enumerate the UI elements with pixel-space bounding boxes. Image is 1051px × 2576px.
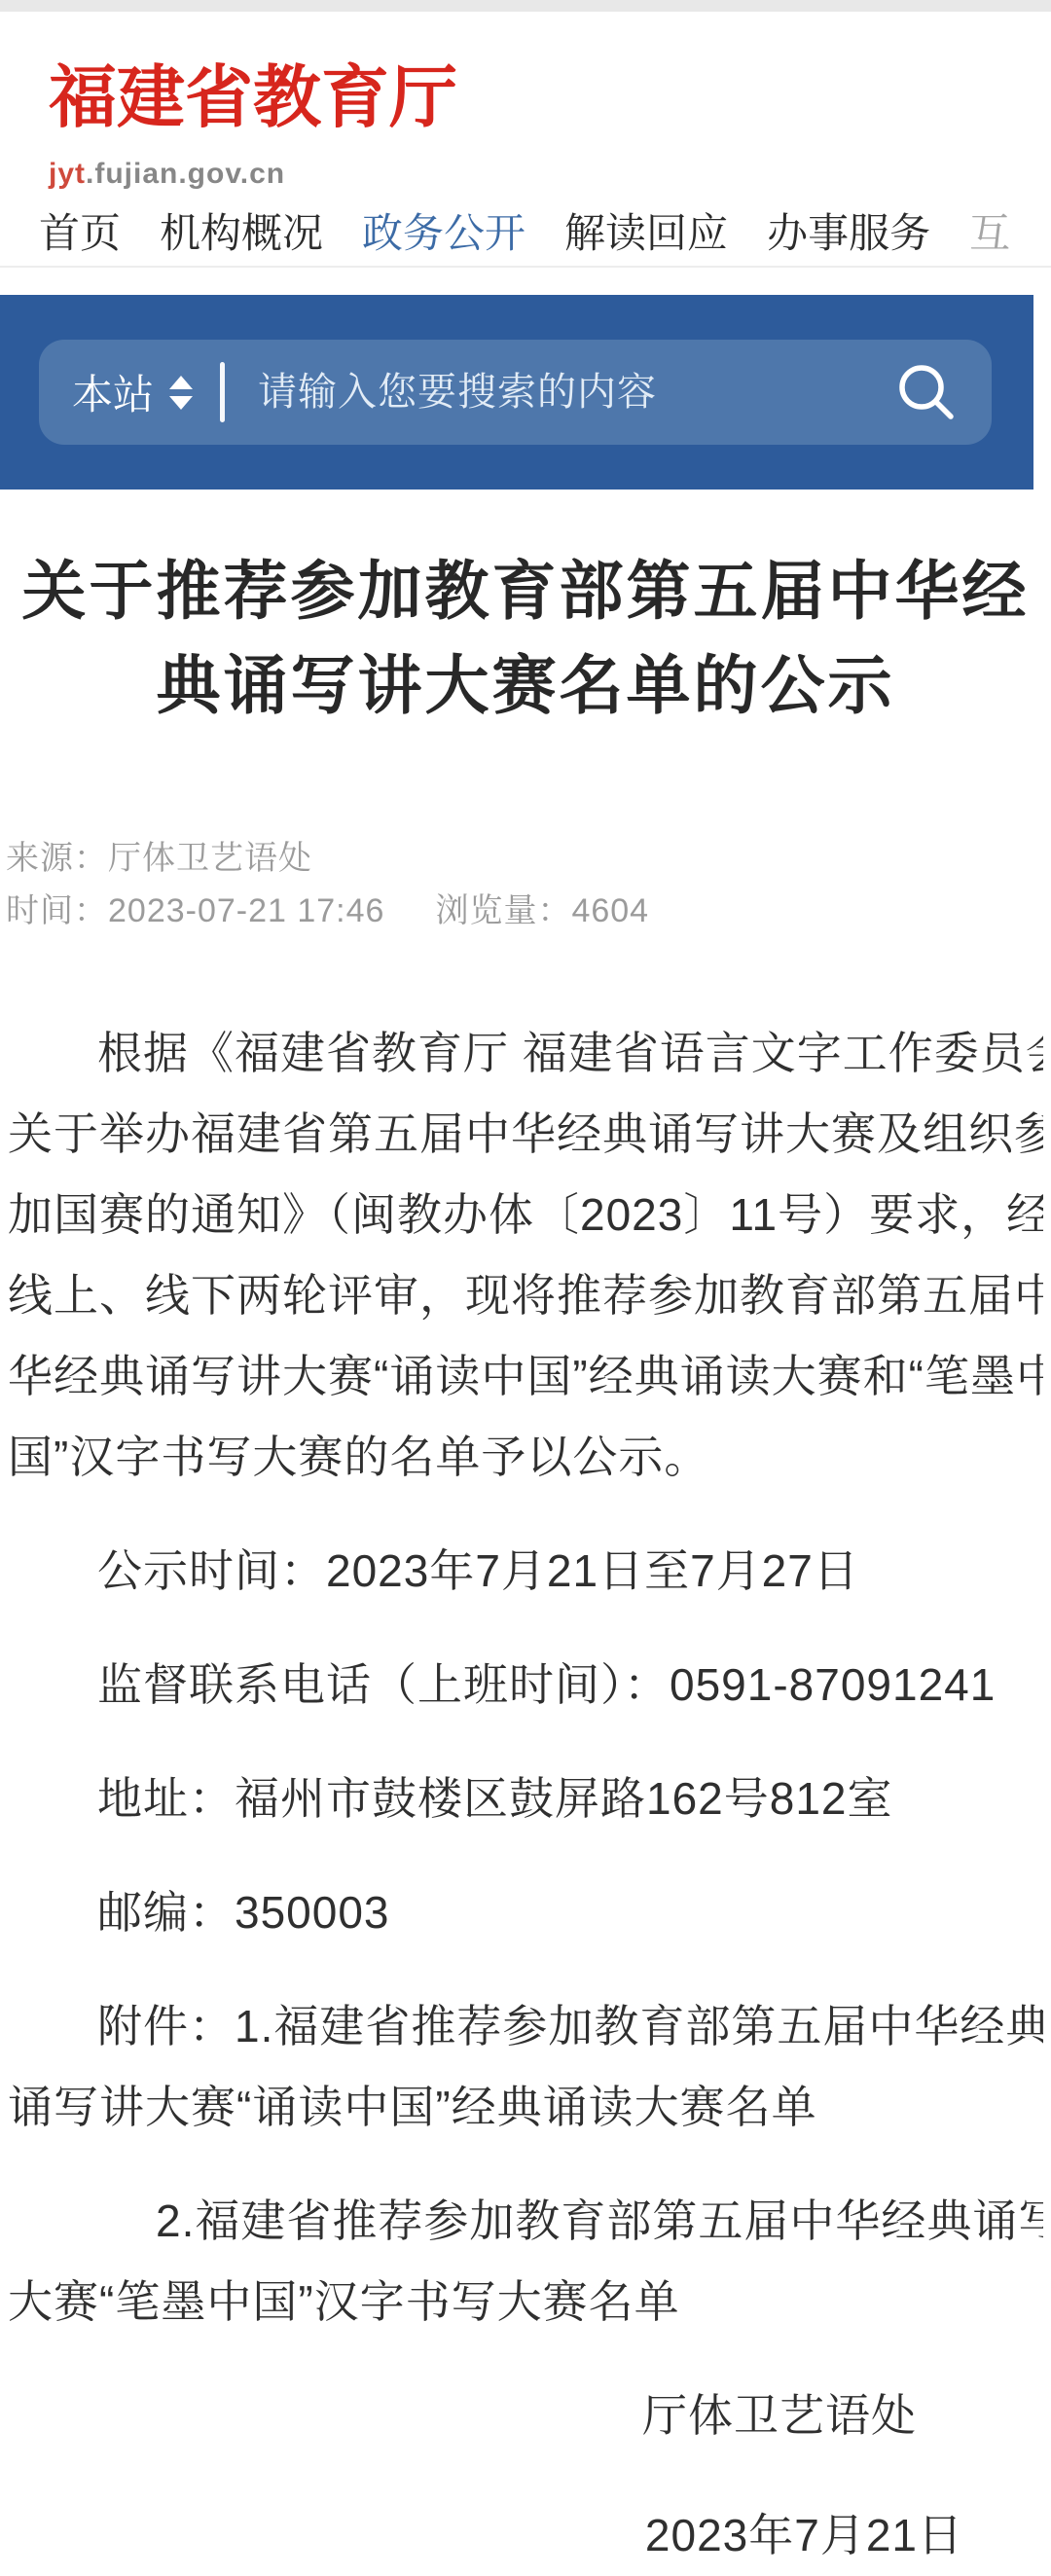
meta-views-value: 4604 — [571, 892, 649, 929]
meta-source-value: 厅体卫艺语处 — [108, 840, 312, 877]
body-line: 国”汉字书写大赛的名单予以公示。 — [8, 1417, 1043, 1498]
meta-time-row: 时间：2023-07-21 17:46浏览量：4604 — [6, 885, 1051, 937]
paragraph-address: 地址：福州市鼓楼区鼓屏路162号812室 — [8, 1759, 1043, 1839]
search-scope-selector[interactable]: 本站 — [72, 363, 193, 421]
nav-item-services[interactable]: 办事服务 — [767, 209, 930, 258]
site-url: jyt.fujian.gov.cn — [49, 155, 1051, 194]
search-input[interactable] — [256, 370, 875, 416]
site-header: 福建省教育厅 jyt.fujian.gov.cn — [0, 12, 1051, 194]
meta-time-label: 时间： — [6, 892, 108, 929]
article: 关于推荐参加教育部第五届中华经 典诵写讲大赛名单的公示 来源：厅体卫艺语处 时间… — [0, 544, 1051, 2576]
body-line: 2.福建省推荐参加教育部第五届中华经典诵写讲 — [8, 2181, 1043, 2262]
updown-arrows-icon — [169, 376, 193, 410]
site-title: 福建省教育厅 — [49, 51, 1051, 143]
nav-item-gov-disclosure[interactable]: 政务公开 — [362, 209, 525, 258]
search-band: 本站 — [0, 295, 1033, 490]
search-divider — [220, 362, 225, 422]
meta-source-label: 来源： — [6, 840, 108, 877]
meta-time: 时间：2023-07-21 17:46 — [6, 892, 384, 929]
signature-date: 2023年7月21日 — [8, 2495, 1043, 2576]
meta-time-value: 2023-07-21 17:46 — [108, 892, 384, 929]
search-scope-label: 本站 — [72, 363, 154, 421]
nav-item-home[interactable]: 首页 — [39, 209, 121, 258]
article-meta: 来源：厅体卫艺语处 时间：2023-07-21 17:46浏览量：4604 — [0, 832, 1051, 937]
site-url-suffix: .fujian.gov.cn — [86, 158, 285, 190]
page-title-line2: 典诵写讲大赛名单的公示 — [0, 638, 1051, 733]
body-line: 大赛“笔墨中国”汉字书写大赛名单 — [8, 2262, 1043, 2342]
nav-item-interaction-clipped[interactable]: 互 — [969, 209, 1010, 258]
body-line: 根据《福建省教育厅 福建省语言文字工作委员会 — [8, 1013, 1043, 1094]
body-line: 关于举办福建省第五届中华经典诵写讲大赛及组织参 — [8, 1094, 1043, 1175]
paragraph-intro: 根据《福建省教育厅 福建省语言文字工作委员会 关于举办福建省第五届中华经典诵写讲… — [8, 1013, 1043, 1498]
meta-views-label: 浏览量： — [435, 892, 571, 929]
body-line: 线上、线下两轮评审，现将推荐参加教育部第五届中 — [8, 1255, 1043, 1336]
body-line: 加国赛的通知》（闽教办体〔2023〕11号）要求，经 — [8, 1175, 1043, 1255]
main-nav: 首页 机构概况 政务公开 解读回应 办事服务 互 — [0, 209, 1051, 268]
meta-source-row: 来源：厅体卫艺语处 — [6, 832, 1051, 885]
paragraph-postcode: 邮编：350003 — [8, 1872, 1043, 1953]
page-title-line1: 关于推荐参加教育部第五届中华经 — [0, 544, 1051, 638]
site-url-prefix: jyt — [49, 158, 86, 190]
search-box: 本站 — [39, 340, 992, 445]
search-button[interactable] — [894, 360, 959, 424]
body-line: 附件：1.福建省推荐参加教育部第五届中华经典 — [8, 1986, 1043, 2067]
paragraph-public-period: 公示时间：2023年7月21日至7月27日 — [8, 1531, 1043, 1612]
search-icon — [894, 360, 959, 424]
paragraph-attachment-1: 附件：1.福建省推荐参加教育部第五届中华经典 诵写讲大赛“诵读中国”经典诵读大赛… — [8, 1986, 1043, 2148]
nav-item-interpretation[interactable]: 解读回应 — [564, 209, 728, 258]
meta-views: 浏览量：4604 — [435, 892, 649, 929]
top-strip — [0, 0, 1051, 12]
body-line: 诵写讲大赛“诵读中国”经典诵读大赛名单 — [8, 2067, 1043, 2148]
site-logo[interactable]: 福建省教育厅 jyt.fujian.gov.cn — [49, 51, 1051, 194]
page-title: 关于推荐参加教育部第五届中华经 典诵写讲大赛名单的公示 — [0, 544, 1051, 733]
body-line: 华经典诵写讲大赛“诵读中国”经典诵读大赛和“笔墨中 — [8, 1336, 1043, 1417]
paragraph-attachment-2: 2.福建省推荐参加教育部第五届中华经典诵写讲 大赛“笔墨中国”汉字书写大赛名单 — [8, 2181, 1043, 2342]
signature-department: 厅体卫艺语处 — [8, 2376, 1043, 2456]
article-body: 根据《福建省教育厅 福建省语言文字工作委员会 关于举办福建省第五届中华经典诵写讲… — [0, 1013, 1051, 2576]
paragraph-supervision-phone: 监督联系电话（上班时间）：0591-87091241 — [8, 1645, 1043, 1725]
nav-item-org-overview[interactable]: 机构概况 — [160, 209, 323, 258]
